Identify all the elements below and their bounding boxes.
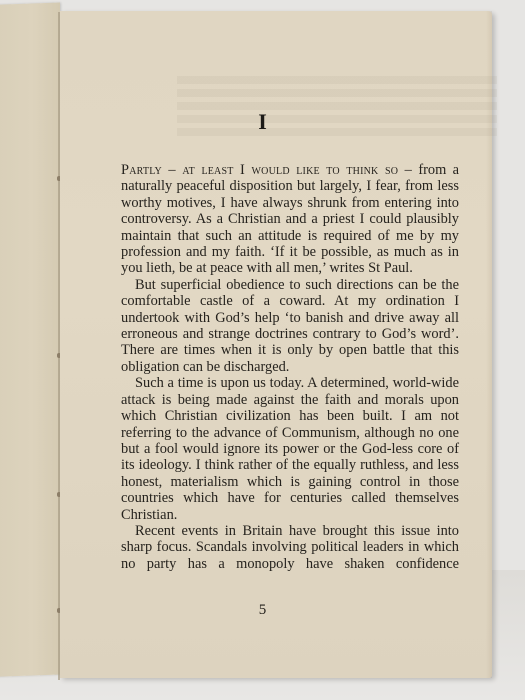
page-number: 5	[0, 602, 525, 619]
chapter-heading: I	[0, 109, 525, 135]
body-text: Partly – at least I would like to think …	[121, 162, 459, 572]
facing-page-edge	[0, 3, 60, 677]
paragraph-text: from a naturally peaceful disposition bu…	[121, 162, 459, 276]
paragraph: Recent events in Britain have brought th…	[121, 523, 459, 572]
opening-smallcaps: Partly – at least I would like to think …	[121, 162, 412, 178]
paragraph: Such a time is upon us today. A determin…	[121, 375, 459, 523]
paragraph: But superficial obedience to such direct…	[121, 277, 459, 375]
paragraph: Partly – at least I would like to think …	[121, 162, 459, 277]
